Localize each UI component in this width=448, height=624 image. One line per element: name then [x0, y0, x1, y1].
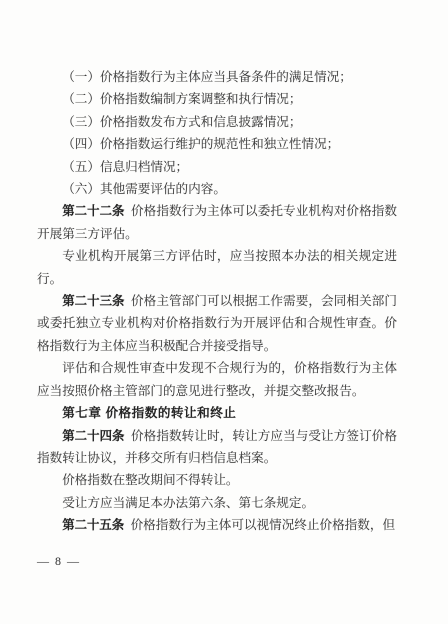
- article-22-paragraph: 第二十二条价格指数行为主体可以委托专业机构对价格指数开展第三方评估。: [37, 200, 397, 245]
- list-item-1: （一）价格指数行为主体应当具备条件的满足情况；: [37, 66, 397, 88]
- article-23-paragraph-2-text: 评估和合规性审查中发现不合规行为的，价格指数行为主体应当按照价格主管部门的意见进…: [37, 361, 397, 397]
- article-25-paragraph: 第二十五条价格指数行为主体可以视情况终止价格指数，但: [37, 514, 397, 536]
- article-24-paragraph-2-text: 价格指数在整改期间不得转让。: [62, 473, 238, 487]
- article-23-number: 第二十三条: [62, 294, 124, 308]
- list-item-6: （六）其他需要评估的内容。: [37, 178, 397, 200]
- article-22-paragraph-2-text: 专业机构开展第三方评估时，应当按照本办法的相关规定进行。: [37, 249, 397, 285]
- article-24-paragraph-2: 价格指数在整改期间不得转让。: [37, 469, 397, 491]
- article-23-paragraph-2: 评估和合规性审查中发现不合规行为的，价格指数行为主体应当按照价格主管部门的意见进…: [37, 357, 397, 402]
- list-item-3: （三）价格指数发布方式和信息披露情况；: [37, 111, 397, 133]
- page-number: — 8 —: [37, 554, 81, 568]
- chapter-heading: 第七章 价格指数的转让和终止: [37, 402, 397, 424]
- article-24-number: 第二十四条: [62, 429, 124, 443]
- list-item-2: （二）价格指数编制方案调整和执行情况；: [37, 88, 397, 110]
- article-25-number: 第二十五条: [62, 518, 124, 532]
- article-24-paragraph: 第二十四条价格指数转让时，转让方应当与受让方签订价格指数转让协议，并移交所有归档…: [37, 425, 397, 470]
- article-22-paragraph-2: 专业机构开展第三方评估时，应当按照本办法的相关规定进行。: [37, 245, 397, 290]
- article-24-paragraph-3-text: 受让方应当满足本办法第六条、第七条规定。: [62, 496, 314, 510]
- page-content: （一）价格指数行为主体应当具备条件的满足情况； （二）价格指数编制方案调整和执行…: [37, 66, 397, 537]
- article-24-paragraph-3: 受让方应当满足本办法第六条、第七条规定。: [37, 492, 397, 514]
- article-22-number: 第二十二条: [62, 204, 124, 218]
- list-item-4: （四）价格指数运行维护的规范性和独立性情况；: [37, 133, 397, 155]
- list-item-5: （五）信息归档情况；: [37, 156, 397, 178]
- article-25-text: 价格指数行为主体可以视情况终止价格指数，但: [131, 518, 395, 532]
- article-23-paragraph: 第二十三条价格主管部门可以根据工作需要，会同相关部门或委托独立专业机构对价格指数…: [37, 290, 397, 357]
- document-page: （一）价格指数行为主体应当具备条件的满足情况； （二）价格指数编制方案调整和执行…: [0, 0, 448, 624]
